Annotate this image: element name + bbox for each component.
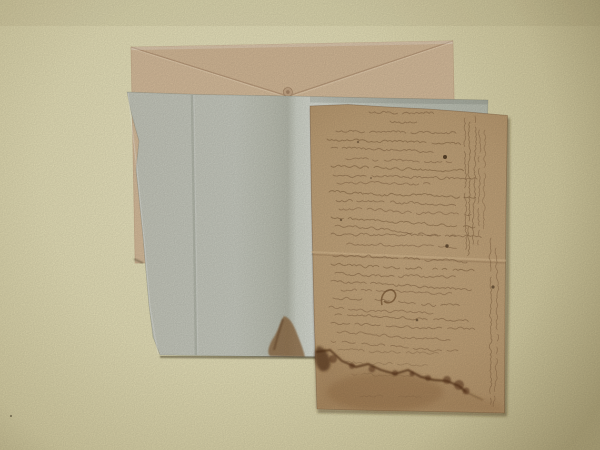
ink-spot [443,155,447,159]
ink-spot [445,244,448,247]
background-speck [10,415,12,417]
ink-spot [370,177,372,179]
photo-canvas [0,0,600,450]
ink-spot [357,141,359,143]
background-top-shade [0,0,600,26]
photo-of-documents [0,0,600,450]
ink-spot [491,285,494,288]
letter [310,105,508,414]
ink-spot [340,219,342,221]
ink-spot [416,319,419,322]
